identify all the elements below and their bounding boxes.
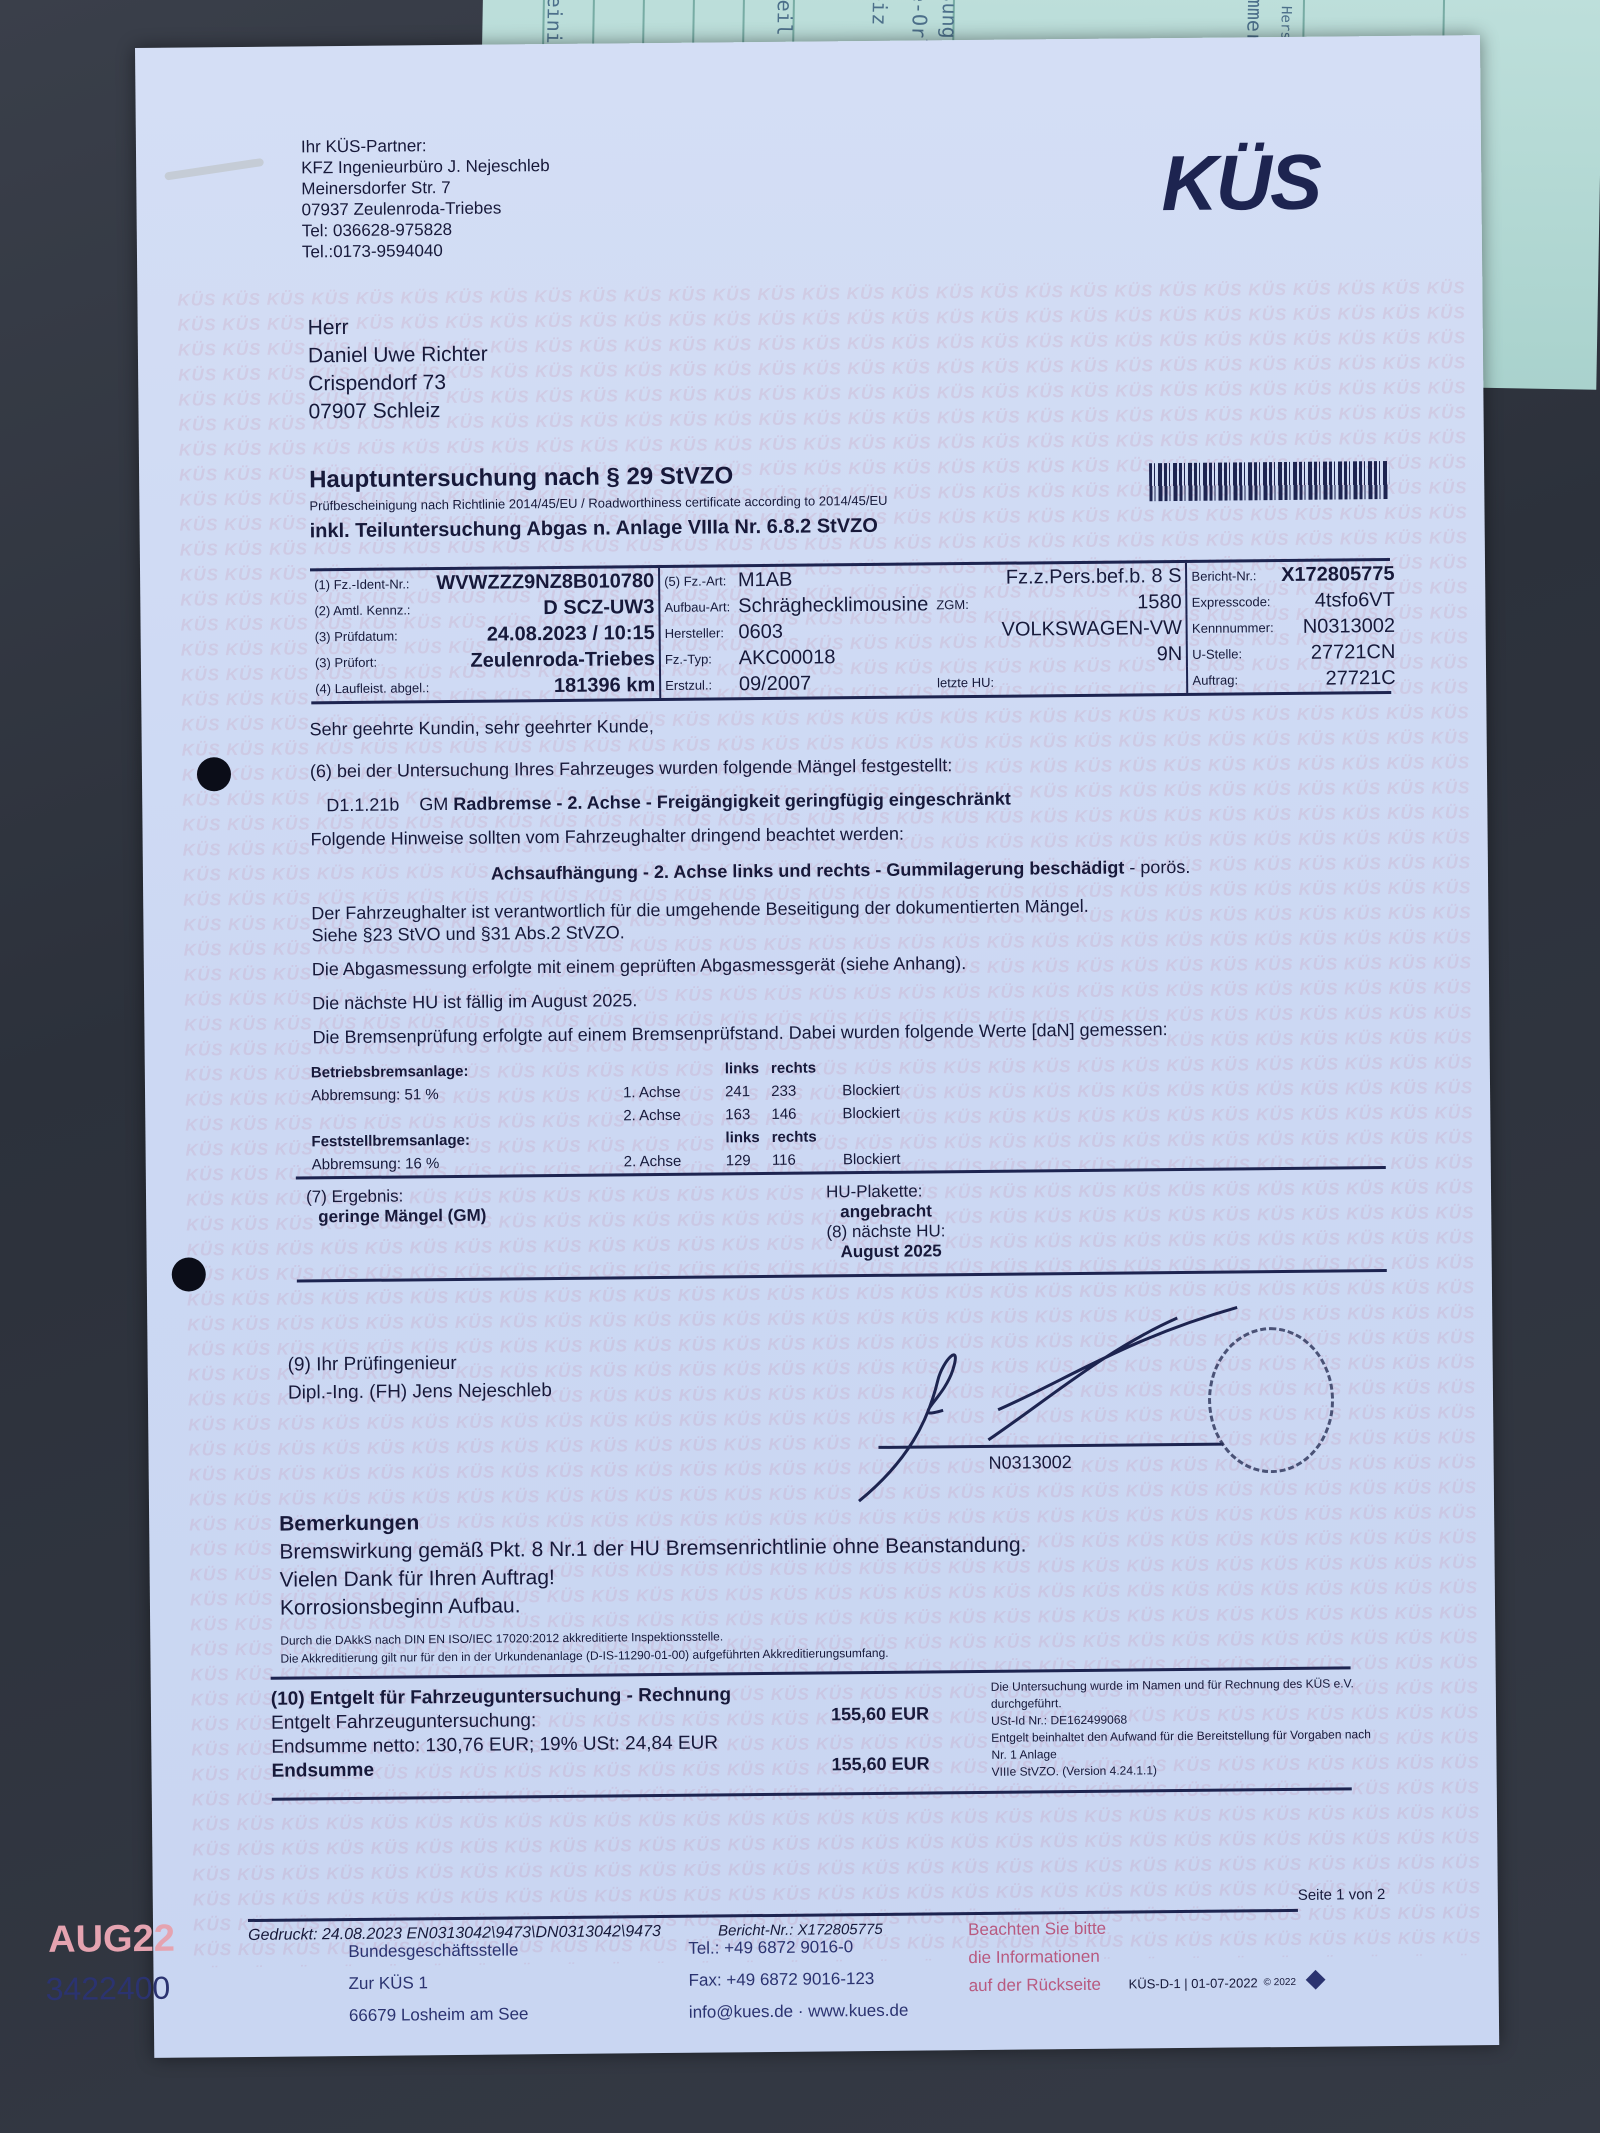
inspector: (9) Ihr Prüfingenieur Dipl.-Ing. (FH) Je… bbox=[288, 1349, 553, 1408]
document-title: Hauptuntersuchung nach § 29 StVZO bbox=[309, 462, 733, 494]
punch-hole bbox=[197, 757, 231, 791]
invoice-notes: Die Untersuchung wurde im Namen und für … bbox=[991, 1675, 1372, 1781]
office-address: Bundesgeschäftsstelle Zur KÜS 1 66679 Lo… bbox=[348, 1934, 528, 2032]
sticker-serial: 3422400 bbox=[45, 1970, 170, 2008]
result-section: (7) Ergebnis: geringe Mängel (GM) HU-Pla… bbox=[296, 1166, 1387, 1282]
recipient-address: Herr Daniel Uwe Richter Crispendorf 73 0… bbox=[308, 313, 489, 427]
pen bbox=[164, 158, 264, 181]
copyright: © 2022 bbox=[1264, 1977, 1297, 1988]
page-indicator: Seite 1 von 2 bbox=[1298, 1886, 1386, 1904]
bg-fragment: hleiz bbox=[868, 0, 893, 26]
inspector-number: N0313002 bbox=[989, 1452, 1072, 1474]
defects-intro: (6) bei der Untersuchung Ihres Fahrzeuge… bbox=[310, 750, 1390, 782]
signature-scribble bbox=[847, 1297, 1269, 1511]
invoice-total-amount: 155,60 EUR bbox=[831, 1753, 929, 1775]
hints-intro: Folgende Hinweise sollten vom Fahrzeugha… bbox=[310, 818, 1390, 850]
kues-logo: KÜS bbox=[1161, 137, 1321, 230]
defect-item: D1.1.21b GM Radbremse - 2. Achse - Freig… bbox=[310, 784, 1390, 816]
letter-body: Sehr geehrte Kundin, sehr geehrter Kunde… bbox=[309, 708, 1392, 1048]
plakette-value: angebracht bbox=[826, 1201, 945, 1222]
sticker-month: AUG22 bbox=[48, 1918, 175, 1962]
result-value: geringe Mängel (GM) bbox=[306, 1202, 826, 1227]
brake-measurements: Betriebsbremsanlage:linksrechtsAbbremsun… bbox=[305, 1056, 907, 1177]
next-hu-label: (8) nächste HU: bbox=[826, 1221, 945, 1242]
bg-fragment: 3-Teil bbox=[772, 0, 797, 36]
next-hu-value: August 2025 bbox=[826, 1241, 945, 1262]
accreditation-diamond-icon bbox=[1306, 1970, 1326, 1990]
next-hu-note: Die nächste HU ist fällig im August 2025… bbox=[312, 982, 1392, 1014]
vehicle-info-table: (1) Fz.-Ident-Nr.:WVWZZZ9NZ8B010780(5) F… bbox=[310, 561, 1400, 701]
web-link[interactable]: info@kues.de · www.kues.de bbox=[689, 1995, 909, 2029]
contact-info: Tel.: +49 6872 9016-0 Fax: +49 6872 9016… bbox=[688, 1931, 908, 2029]
form-id: KÜS-D-1 | 01-07-2022 bbox=[1129, 1975, 1258, 1991]
invoice-section: (10) Entgelt für Fahrzeuguntersuchung - … bbox=[271, 1666, 1372, 1801]
barcode bbox=[1149, 461, 1389, 501]
brake-table: Betriebsbremsanlage:linksrechtsAbbremsun… bbox=[305, 1056, 907, 1177]
invoice-item-amount: 155,60 EUR bbox=[831, 1703, 929, 1725]
punch-hole bbox=[172, 1257, 206, 1291]
plakette-label: HU-Plakette: bbox=[826, 1181, 945, 1202]
reverse-notice: Beachten Sie bitte die Informationen auf… bbox=[968, 1915, 1107, 2000]
partner-address: Ihr KÜS-Partner: KFZ Ingenieurbüro J. Ne… bbox=[301, 134, 551, 262]
vehicle-info-box: (1) Fz.-Ident-Nr.:WVWZZZ9NZ8B010780(5) F… bbox=[310, 558, 1391, 704]
exhaust-note: Die Abgasmessung erfolgte mit einem gepr… bbox=[312, 948, 1392, 980]
inspection-certificate: KÜS KÜS KÜS KÜS KÜS KÜS KÜS KÜS KÜS KÜS … bbox=[135, 35, 1499, 2058]
remarks: Bemerkungen Bremswirkung gemäß Pkt. 8 Nr… bbox=[279, 1504, 1027, 1623]
stamp-circle bbox=[1207, 1327, 1334, 1474]
hint-item: Achsaufhängung - 2. Achse links und rech… bbox=[311, 854, 1391, 886]
accreditation-note: Durch die DAkkS nach DIN EN ISO/IEC 1702… bbox=[280, 1626, 888, 1668]
